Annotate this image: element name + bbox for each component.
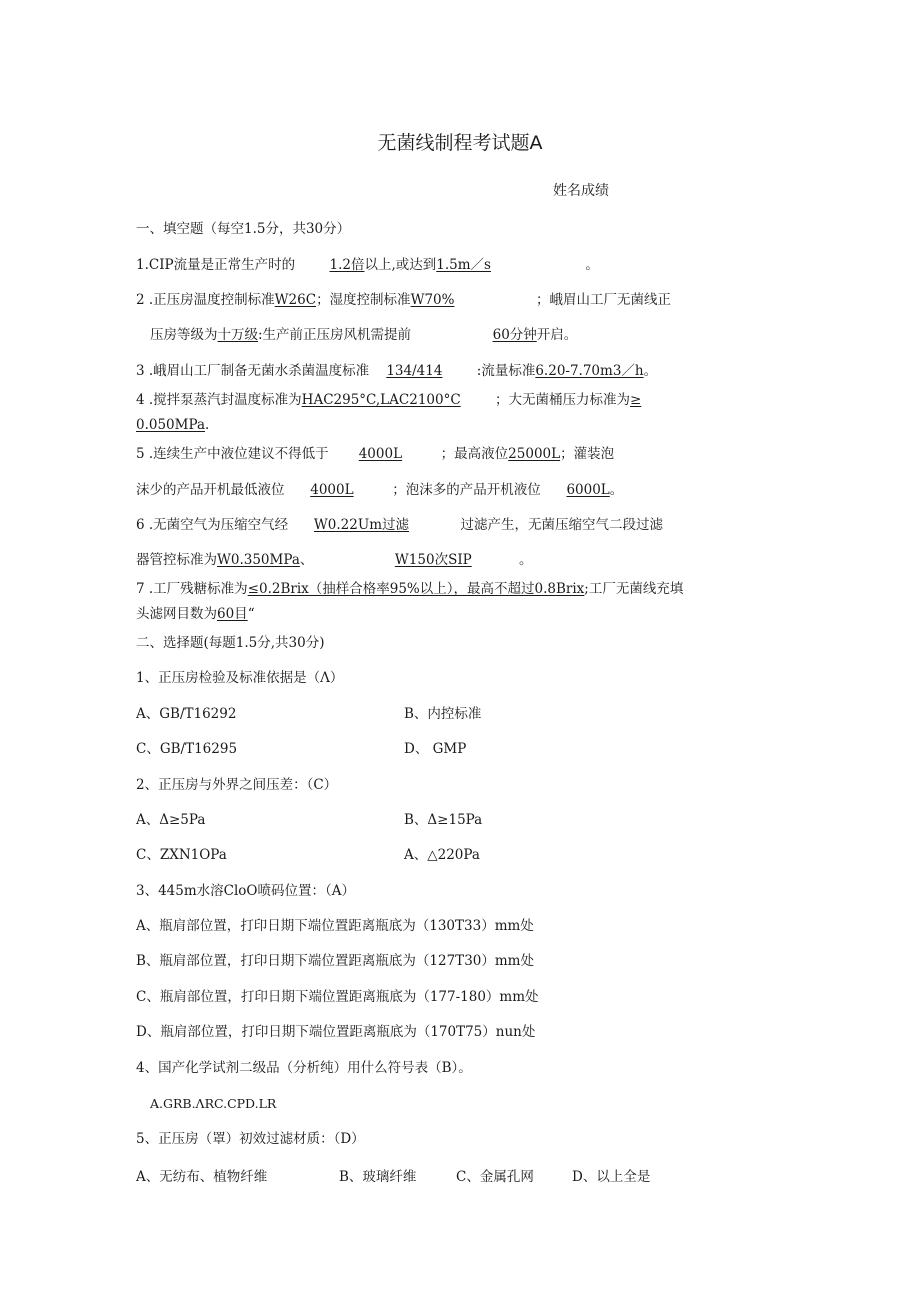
- fill-q5-cont: 沫少的产品开机最低液位 4000L ；泡沫多的产品开机液位 6000L。: [136, 481, 623, 499]
- text: 1.CIP流量是正常生产时的: [136, 257, 295, 273]
- fill-q3: 3 .峨眉山工厂制备无菌水杀菌温度标准 134/414 :流量标准6.20-7.…: [136, 362, 657, 380]
- text: 。: [644, 363, 658, 379]
- answer: 1.2倍: [329, 257, 364, 273]
- choice-q5-option-b: B、玻璃纤维: [339, 1168, 416, 1186]
- answer: 十万级: [218, 327, 259, 343]
- answer: 1.5m／s: [436, 257, 491, 273]
- choice-q1-stem: 1、正压房检验及标准依据是（Λ）: [136, 669, 343, 687]
- fill-q2-cont: 压房等级为十万级:生产前正压房风机需提前 60分钟开启。: [150, 326, 577, 344]
- choice-q3-option-d: D、瓶肩部位置，打印日期下端位置距离瓶底为（170T75）nun处: [136, 1023, 535, 1041]
- choice-q1-option-c: C、GB/T16295: [136, 740, 237, 758]
- text: 3 .峨眉山工厂制备无菌水杀菌温度标准: [136, 363, 369, 379]
- answer: 4000L: [310, 482, 353, 498]
- text: ;工厂无菌线充填: [584, 581, 683, 597]
- fill-q7: 7 .工厂残糖标准为≤0.2Brix（抽样合格率95%以上），最高不超过0.8B…: [136, 580, 683, 598]
- answer: 25000L: [508, 446, 560, 462]
- choice-q5-option-a: A、无纺布、植物纤维: [136, 1168, 267, 1186]
- text: 。: [519, 552, 533, 568]
- answer: 60目: [217, 606, 248, 622]
- choice-q2-option-a: A、Δ≥5Pa: [136, 811, 205, 829]
- text: ；峨眉山工厂无菌线正: [536, 292, 671, 308]
- choice-q2-stem: 2、正压房与外界之间压差：（C）: [136, 776, 337, 794]
- text: 沫少的产品开机最低液位: [136, 482, 285, 498]
- text: 7 .工厂残糖标准为: [136, 581, 248, 597]
- fill-q4-cont: 0.050MPa.: [136, 416, 209, 434]
- text: 、: [300, 552, 314, 568]
- answer: 4000L: [359, 446, 402, 462]
- fill-q5: 5 .连续生产中液位建议不得低于 4000L ；最高液位25000L；灌装泡: [136, 445, 614, 463]
- text: 过滤产生，无菌压缩空气二段过滤: [461, 517, 664, 533]
- answer: W70%: [411, 292, 455, 308]
- answer: 6000L: [566, 482, 609, 498]
- text: .: [205, 417, 209, 433]
- text: “: [248, 606, 255, 622]
- answer: W150次SIP: [395, 552, 472, 568]
- fill-q7-cont: 头滤网目数为60目“: [136, 605, 255, 623]
- choice-q2-option-b: B、Δ≥15Pa: [404, 811, 482, 829]
- page-title: 无菌线制程考试题A: [0, 128, 920, 155]
- text: ；湿度控制标准: [316, 292, 411, 308]
- section1-heading: 一、填空题（每空1.5分，共30分）: [136, 220, 350, 238]
- choice-q1-option-a: A、GB/T16292: [136, 705, 236, 723]
- answer: W0.350MPa: [217, 552, 300, 568]
- answer: 0.050MPa: [136, 417, 205, 433]
- answer: 6.20-7.70m3／h: [535, 363, 643, 379]
- text: 4 .搅拌泵蒸汽封温度标准为: [136, 392, 302, 408]
- choice-q5-option-d: D、以上全是: [572, 1168, 650, 1186]
- choice-q3-option-b: B、瓶肩部位置，打印日期下端位置距离瓶底为（127T30）mm处: [136, 952, 534, 970]
- answer: W26C: [275, 292, 316, 308]
- choice-q4-options: A.GRB.ΛRC.CPD.LR: [150, 1095, 276, 1113]
- choice-q1-option-b: B、内控标准: [404, 705, 481, 723]
- text: :流量标准: [477, 363, 536, 379]
- answer: 134/414: [386, 363, 442, 379]
- choice-q3-option-a: A、瓶肩部位置，打印日期下端位置距离瓶底为（130T33）mm处: [136, 917, 534, 935]
- text: ；大无菌桶压力标准为: [495, 392, 630, 408]
- text: 开启。: [537, 327, 578, 343]
- choice-q5-option-c: C、金属孔网: [456, 1168, 534, 1186]
- text: ；灌装泡: [560, 446, 614, 462]
- text: 压房等级为: [150, 327, 218, 343]
- choice-q4-stem: 4、国产化学试剂二级品（分析纯）用什么符号表（B）。: [136, 1059, 472, 1077]
- fill-q2: 2 .正压房温度控制标准W26C；湿度控制标准W70% ；峨眉山工厂无菌线正: [136, 291, 671, 309]
- answer: ≥: [630, 392, 641, 408]
- fill-q4: 4 .搅拌泵蒸汽封温度标准为HAC295°C,LAC2100°C ；大无菌桶压力…: [136, 391, 641, 409]
- answer: W0.22Um过滤: [314, 517, 409, 533]
- section2-heading: 二、选择题(每题1.5分,共30分): [136, 634, 324, 652]
- choice-q2-option-d: A、△220Pa: [404, 846, 480, 864]
- choice-q3-stem: 3、445m水溶CloO喷码位置：（A）: [136, 882, 355, 900]
- text: 5 .连续生产中液位建议不得低于: [136, 446, 329, 462]
- fill-q6: 6 .无菌空气为压缩空气经 W0.22Um过滤 过滤产生，无菌压缩空气二段过滤: [136, 516, 663, 534]
- choice-q5-stem: 5、正压房（罩）初效过滤材质：（D）: [136, 1130, 365, 1148]
- text: 以上,或达到: [364, 257, 436, 273]
- choice-q2-option-c: C、ZXN1OPa: [136, 846, 227, 864]
- text: 6 .无菌空气为压缩空气经: [136, 517, 288, 533]
- choice-q1-option-d: D、 GMP: [404, 740, 466, 758]
- text: 2 .正压房温度控制标准: [136, 292, 275, 308]
- fill-q6-cont: 器管控标准为W0.350MPa、 W150次SIP 。: [136, 551, 532, 569]
- fill-q1: 1.CIP流量是正常生产时的 1.2倍以上,或达到1.5m／s 。: [136, 256, 599, 274]
- text: ；泡沫多的产品开机液位: [392, 482, 541, 498]
- text: 头滤网目数为: [136, 606, 217, 622]
- text: ；最高液位: [441, 446, 509, 462]
- text: 器管控标准为: [136, 552, 217, 568]
- name-score-label: 姓名成绩: [553, 180, 609, 200]
- text: 。: [610, 482, 624, 498]
- answer: HAC295°C,LAC2100°C: [302, 392, 461, 408]
- answer: ≤0.2Brix（抽样合格率95%以上），最高不超过0.8Brix: [248, 581, 585, 597]
- text: :生产前正压房风机需提前: [258, 327, 411, 343]
- answer: 60分钟: [493, 327, 537, 343]
- choice-q3-option-c: C、瓶肩部位置，打印日期下端位置距离瓶底为（177-180）mm处: [136, 988, 539, 1006]
- text: 。: [585, 257, 599, 273]
